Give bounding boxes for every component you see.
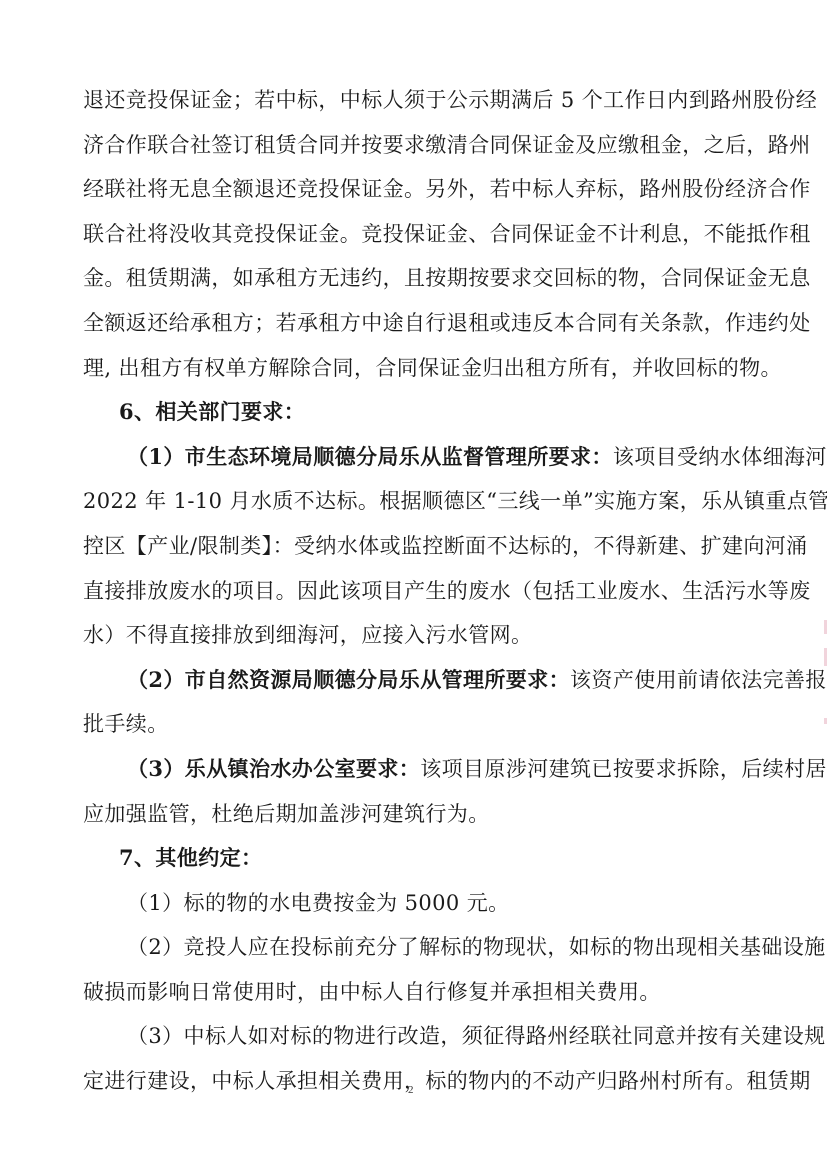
item-label: （3）乐从镇治水办公室要求： [127, 756, 420, 781]
body-line: 济合作联合社签订租赁合同并按要求缴清合同保证金及应缴租金，之后，路州 [83, 123, 763, 168]
body-line: 联合社将没收其竞投保证金。竞投保证金、合同保证金不计利息，不能抵作租 [83, 212, 763, 257]
body-line: 经联社将无息全额退还竞投保证金。另外，若中标人弃标，路州股份经济合作 [83, 167, 763, 212]
section-7-item-2-first-line: （2）竞投人应在投标前充分了解标的物现状，如标的物出现相关基础设施 [83, 925, 763, 970]
body-line: 定进行建设，中标人承担相关费用，标的物内的不动产归路州村所有。租赁期 [83, 1059, 763, 1104]
body-line: 金。租赁期满，如承租方无违约，且按期按要求交回标的物，合同保证金无息 [83, 256, 763, 301]
body-line: 2022 年 1-10 月水质不达标。根据顺德区“三线一单”实施方案，乐从镇重点… [83, 479, 763, 524]
item-label: （1）市生态环境局顺德分局乐从监督管理所要求： [127, 444, 613, 469]
body-line: 退还竞投保证金；若中标，中标人须于公示期满后 5 个工作日内到路州股份经 [83, 78, 763, 123]
section-6-item-3-first-line: （3）乐从镇治水办公室要求：该项目原涉河建筑已按要求拆除，后续村居 [83, 747, 763, 792]
section-7-item-3-first-line: （3）中标人如对标的物进行改造，须征得路州经联社同意并按有关建设规 [83, 1014, 763, 1059]
body-line: 破损而影响日常使用时，由中标人自行修复并承担相关费用。 [83, 970, 763, 1015]
page-number: 2 [408, 1084, 414, 1096]
section-6-heading: 6、相关部门要求： [83, 390, 763, 435]
section-6-item-2-first-line: （2）市自然资源局顺德分局乐从管理所要求：该资产使用前请依法完善报 [83, 658, 763, 703]
section-7-heading: 7、其他约定： [83, 836, 763, 881]
item-text: 该项目受纳水体细海河， [613, 445, 827, 469]
body-line: 应加强监管，杜绝后期加盖涉河建筑行为。 [83, 792, 763, 837]
item-text: 该项目原涉河建筑已按要求拆除，后续村居 [420, 757, 827, 781]
section-7-item-1: （1）标的物的水电费按金为 5000 元。 [83, 881, 763, 926]
body-line: 全额返还给承租方；若承租方中途自行退租或违反本合同有关条款，作违约处 [83, 301, 763, 346]
body-line: 控区【产业/限制类】：受纳水体或监控断面不达标的，不得新建、扩建向河涌 [83, 524, 763, 569]
document-page: 退还竞投保证金；若中标，中标人须于公示期满后 5 个工作日内到路州股份经 济合作… [83, 78, 763, 1104]
item-text: 该资产使用前请依法完善报 [570, 668, 827, 692]
section-6-item-1-first-line: （1）市生态环境局顺德分局乐从监督管理所要求：该项目受纳水体细海河， [83, 435, 763, 480]
body-line: 批手续。 [83, 702, 763, 747]
body-line: 理, 出租方有权单方解除合同，合同保证金归出租方所有，并收回标的物。 [83, 346, 763, 391]
item-label: （2）市自然资源局顺德分局乐从管理所要求： [127, 667, 570, 692]
body-line: 直接排放废水的项目。因此该项目产生的废水（包括工业废水、生活污水等废 [83, 569, 763, 614]
body-line: 水）不得直接排放到细海河，应接入污水管网。 [83, 613, 763, 658]
